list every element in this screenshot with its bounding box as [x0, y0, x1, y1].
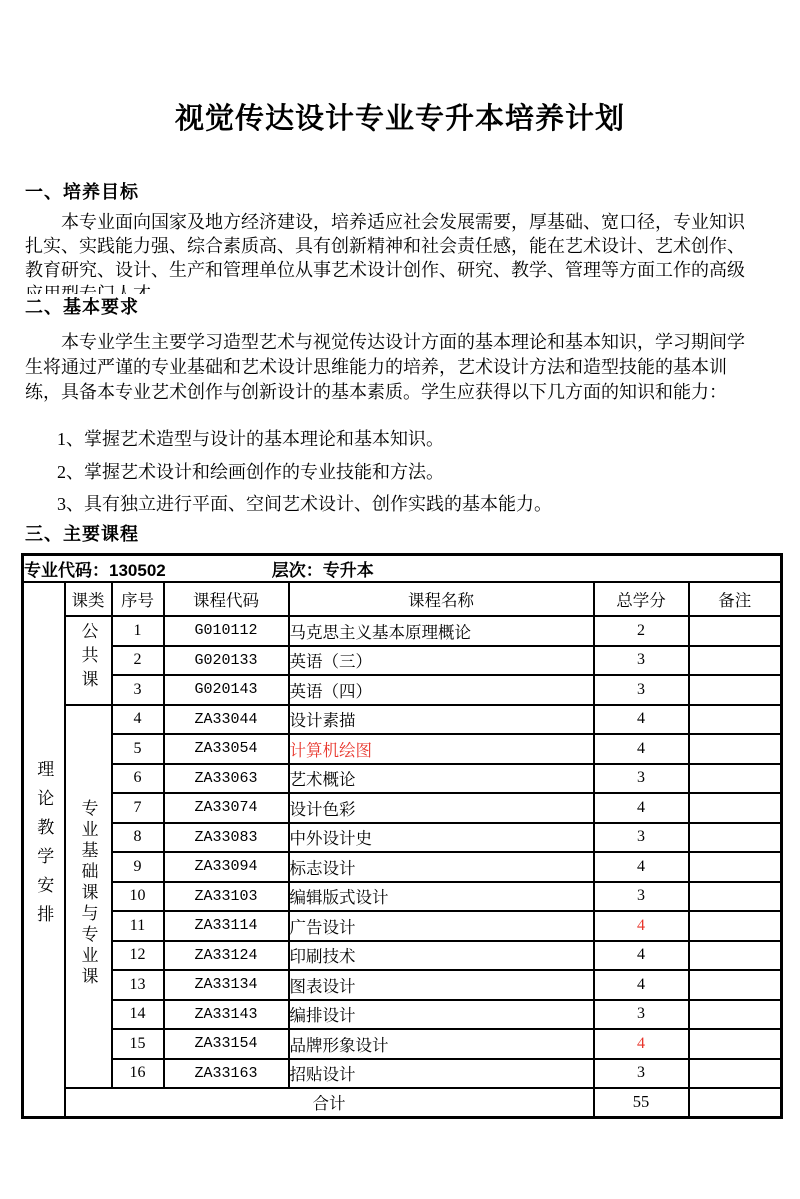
course-code: ZA33044 [164, 705, 289, 735]
course-row: 8ZA33083中外设计史3 [23, 823, 782, 853]
axis-cell-theory-teaching: 理论教学安排 [23, 582, 65, 1117]
course-remark [689, 646, 782, 676]
course-code: ZA33143 [164, 1000, 289, 1030]
level-value: 专升本 [323, 561, 374, 580]
course-code: G010112 [164, 616, 289, 646]
course-credits: 4 [594, 793, 689, 823]
course-code: ZA33094 [164, 852, 289, 882]
section-heading-goal: 一、培养目标 [25, 178, 139, 204]
course-credits: 3 [594, 764, 689, 794]
course-credits: 4 [594, 1029, 689, 1059]
course-no: 5 [112, 734, 164, 764]
course-name: 图表设计 [289, 970, 594, 1000]
col-header-code: 课程代码 [164, 582, 289, 616]
course-group-cell: 公共课 [65, 616, 112, 705]
table-meta-row: 专业代码：130502层次：专升本 [23, 555, 782, 583]
course-credits: 3 [594, 882, 689, 912]
course-group-cell: 专业基础课与专业课 [65, 705, 112, 1089]
total-credits-cell: 55 [594, 1088, 689, 1117]
course-code: ZA33163 [164, 1059, 289, 1089]
course-remark [689, 734, 782, 764]
course-no: 15 [112, 1029, 164, 1059]
course-name: 计算机绘图 [289, 734, 594, 764]
course-no: 8 [112, 823, 164, 853]
course-name: 设计素描 [289, 705, 594, 735]
course-no: 16 [112, 1059, 164, 1089]
goal-paragraph: 本专业面向国家及地方经济建设，培养适应社会发展需要，厚基础、宽口径，专业知识 扎… [25, 210, 780, 294]
col-header-remark: 备注 [689, 582, 782, 616]
course-remark [689, 911, 782, 941]
course-name: 英语（四） [289, 675, 594, 705]
course-no: 13 [112, 970, 164, 1000]
requirement-item: 3、具有独立进行平面、空间艺术设计、创作实践的基本能力。 [57, 488, 777, 521]
requirements-paragraph: 本专业学生主要学习造型艺术与视觉传达设计方面的基本理论和基本知识，学习期间学 生… [25, 330, 780, 405]
course-remark [689, 616, 782, 646]
course-code: ZA33134 [164, 970, 289, 1000]
course-row: 6ZA33063艺术概论3 [23, 764, 782, 794]
course-row: 10ZA33103编辑版式设计3 [23, 882, 782, 912]
course-group-vertical-label: 公共课 [76, 622, 101, 694]
course-credits: 3 [594, 646, 689, 676]
course-remark [689, 1000, 782, 1030]
course-row: 14ZA33143编排设计3 [23, 1000, 782, 1030]
section-heading-courses: 三、主要课程 [25, 520, 139, 546]
course-remark [689, 705, 782, 735]
course-credits: 4 [594, 852, 689, 882]
course-credits: 4 [594, 911, 689, 941]
course-row: 9ZA33094标志设计4 [23, 852, 782, 882]
course-remark [689, 1059, 782, 1089]
course-code: ZA33154 [164, 1029, 289, 1059]
course-no: 7 [112, 793, 164, 823]
course-code: G020133 [164, 646, 289, 676]
course-no: 11 [112, 911, 164, 941]
course-row: 16ZA33163招贴设计3 [23, 1059, 782, 1089]
course-code: ZA33114 [164, 911, 289, 941]
axis-vertical-label: 理论教学安排 [31, 760, 56, 934]
course-name: 广告设计 [289, 911, 594, 941]
course-row: 3G020143英语（四）3 [23, 675, 782, 705]
course-name: 中外设计史 [289, 823, 594, 853]
courses-table-container: 专业代码：130502层次：专升本 理论教学安排 课类 序号 课程代码 课程名称… [21, 553, 783, 1119]
course-no: 4 [112, 705, 164, 735]
course-credits: 4 [594, 705, 689, 735]
course-remark [689, 882, 782, 912]
course-row: 7ZA33074设计色彩4 [23, 793, 782, 823]
course-code: G020143 [164, 675, 289, 705]
course-no: 1 [112, 616, 164, 646]
course-name: 标志设计 [289, 852, 594, 882]
course-row: 11ZA33114广告设计4 [23, 911, 782, 941]
col-header-category: 课类 [65, 582, 112, 616]
total-remark-cell [689, 1088, 782, 1117]
course-group-vertical-label: 专业基础课与专业课 [76, 799, 101, 988]
course-remark [689, 793, 782, 823]
course-name: 马克思主义基本原理概论 [289, 616, 594, 646]
requirement-item: 2、掌握艺术设计和绘画创作的专业技能和方法。 [57, 456, 777, 489]
course-code: ZA33054 [164, 734, 289, 764]
course-credits: 3 [594, 675, 689, 705]
course-credits: 3 [594, 1000, 689, 1030]
requirements-list: 1、掌握艺术造型与设计的基本理论和基本知识。 2、掌握艺术设计和绘画创作的专业技… [57, 423, 777, 521]
course-no: 3 [112, 675, 164, 705]
course-row: 专业基础课与专业课4ZA33044设计素描4 [23, 705, 782, 735]
page-title: 视觉传达设计专业专升本培养计划 [0, 96, 800, 137]
total-label-cell: 合计 [65, 1088, 594, 1117]
course-credits: 3 [594, 1059, 689, 1089]
courses-table: 专业代码：130502层次：专升本 理论教学安排 课类 序号 课程代码 课程名称… [21, 553, 783, 1119]
col-header-no: 序号 [112, 582, 164, 616]
course-remark [689, 1029, 782, 1059]
course-row: 13ZA33134图表设计4 [23, 970, 782, 1000]
course-no: 12 [112, 941, 164, 971]
course-row: 15ZA33154品牌形象设计4 [23, 1029, 782, 1059]
courses-table-body: 专业代码：130502层次：专升本 理论教学安排 课类 序号 课程代码 课程名称… [23, 555, 782, 1118]
requirement-item: 1、掌握艺术造型与设计的基本理论和基本知识。 [57, 423, 777, 456]
course-code: ZA33083 [164, 823, 289, 853]
course-name: 编排设计 [289, 1000, 594, 1030]
course-row: 5ZA33054计算机绘图4 [23, 734, 782, 764]
table-total-row: 合计 55 [23, 1088, 782, 1117]
course-row: 公共课1G010112马克思主义基本原理概论2 [23, 616, 782, 646]
table-header-row: 理论教学安排 课类 序号 课程代码 课程名称 总学分 备注 [23, 582, 782, 616]
course-code: ZA33124 [164, 941, 289, 971]
course-credits: 4 [594, 941, 689, 971]
course-row: 12ZA33124印刷技术4 [23, 941, 782, 971]
course-credits: 3 [594, 823, 689, 853]
course-no: 10 [112, 882, 164, 912]
col-header-name: 课程名称 [289, 582, 594, 616]
course-credits: 4 [594, 970, 689, 1000]
course-no: 9 [112, 852, 164, 882]
course-no: 2 [112, 646, 164, 676]
level-label: 层次： [272, 561, 323, 580]
course-name: 英语（三） [289, 646, 594, 676]
course-no: 6 [112, 764, 164, 794]
table-meta-cell: 专业代码：130502层次：专升本 [23, 555, 782, 583]
course-remark [689, 941, 782, 971]
major-code-value: 130502 [109, 561, 166, 580]
course-name: 设计色彩 [289, 793, 594, 823]
course-credits: 4 [594, 734, 689, 764]
course-name: 招贴设计 [289, 1059, 594, 1089]
course-remark [689, 764, 782, 794]
course-remark [689, 823, 782, 853]
course-code: ZA33103 [164, 882, 289, 912]
course-row: 2G020133英语（三）3 [23, 646, 782, 676]
course-remark [689, 675, 782, 705]
course-credits: 2 [594, 616, 689, 646]
course-no: 14 [112, 1000, 164, 1030]
col-header-credits: 总学分 [594, 582, 689, 616]
course-name: 印刷技术 [289, 941, 594, 971]
course-name: 编辑版式设计 [289, 882, 594, 912]
course-name: 品牌形象设计 [289, 1029, 594, 1059]
course-remark [689, 852, 782, 882]
section-heading-requirements: 二、基本要求 [25, 293, 139, 319]
course-code: ZA33063 [164, 764, 289, 794]
course-name: 艺术概论 [289, 764, 594, 794]
major-code-label: 专业代码： [24, 561, 109, 580]
course-code: ZA33074 [164, 793, 289, 823]
course-remark [689, 970, 782, 1000]
